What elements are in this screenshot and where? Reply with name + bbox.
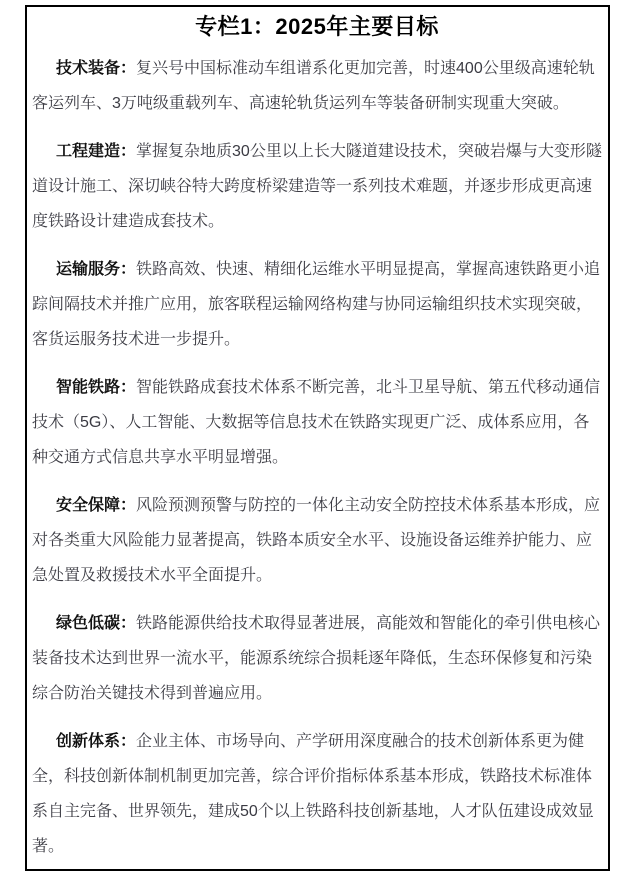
- section-label-green-lowcarbon: 绿色低碳：: [56, 615, 136, 632]
- paragraph-smart-railway: 智能铁路：智能铁路成套技术体系不断完善，北斗卫星导航、第五代移动通信技术（5G）…: [32, 370, 602, 475]
- section-label-safety-assurance: 安全保障：: [56, 497, 136, 514]
- section-label-engineering-construction: 工程建造：: [56, 143, 136, 160]
- paragraph-engineering-construction: 工程建造：掌握复杂地质30公里以上长大隧道建设技术，突破岩爆与大变形隧道设计施工…: [32, 134, 602, 239]
- column-box: 专栏1：2025年主要目标 技术装备：复兴号中国标准动车组谱系化更加完善，时速4…: [25, 5, 610, 871]
- section-label-smart-railway: 智能铁路：: [56, 379, 136, 396]
- paragraph-tech-equipment: 技术装备：复兴号中国标准动车组谱系化更加完善，时速400公里级高速轮轨客运列车、…: [32, 51, 602, 121]
- section-label-innovation-system: 创新体系：: [56, 733, 136, 750]
- paragraph-green-lowcarbon: 绿色低碳：铁路能源供给技术取得显著进展，高能效和智能化的牵引供电核心装备技术达到…: [32, 606, 602, 711]
- paragraph-safety-assurance: 安全保障：风险预测预警与防控的一体化主动安全防控技术体系基本形成，应对各类重大风…: [32, 488, 602, 593]
- paragraph-transport-service: 运输服务：铁路高效、快速、精细化运维水平明显提高，掌握高速铁路更小追踪间隔技术并…: [32, 252, 602, 357]
- section-label-transport-service: 运输服务：: [56, 261, 136, 278]
- paragraph-innovation-system: 创新体系：企业主体、市场导向、产学研用深度融合的技术创新体系更为健全，科技创新体…: [32, 724, 602, 864]
- document-page: 专栏1：2025年主要目标 技术装备：复兴号中国标准动车组谱系化更加完善，时速4…: [0, 0, 641, 882]
- page-title: 专栏1：2025年主要目标: [32, 13, 602, 41]
- section-text-innovation-system: 企业主体、市场导向、产学研用深度融合的技术创新体系更为健全，科技创新体制机制更加…: [32, 733, 594, 855]
- section-label-tech-equipment: 技术装备：: [56, 60, 136, 77]
